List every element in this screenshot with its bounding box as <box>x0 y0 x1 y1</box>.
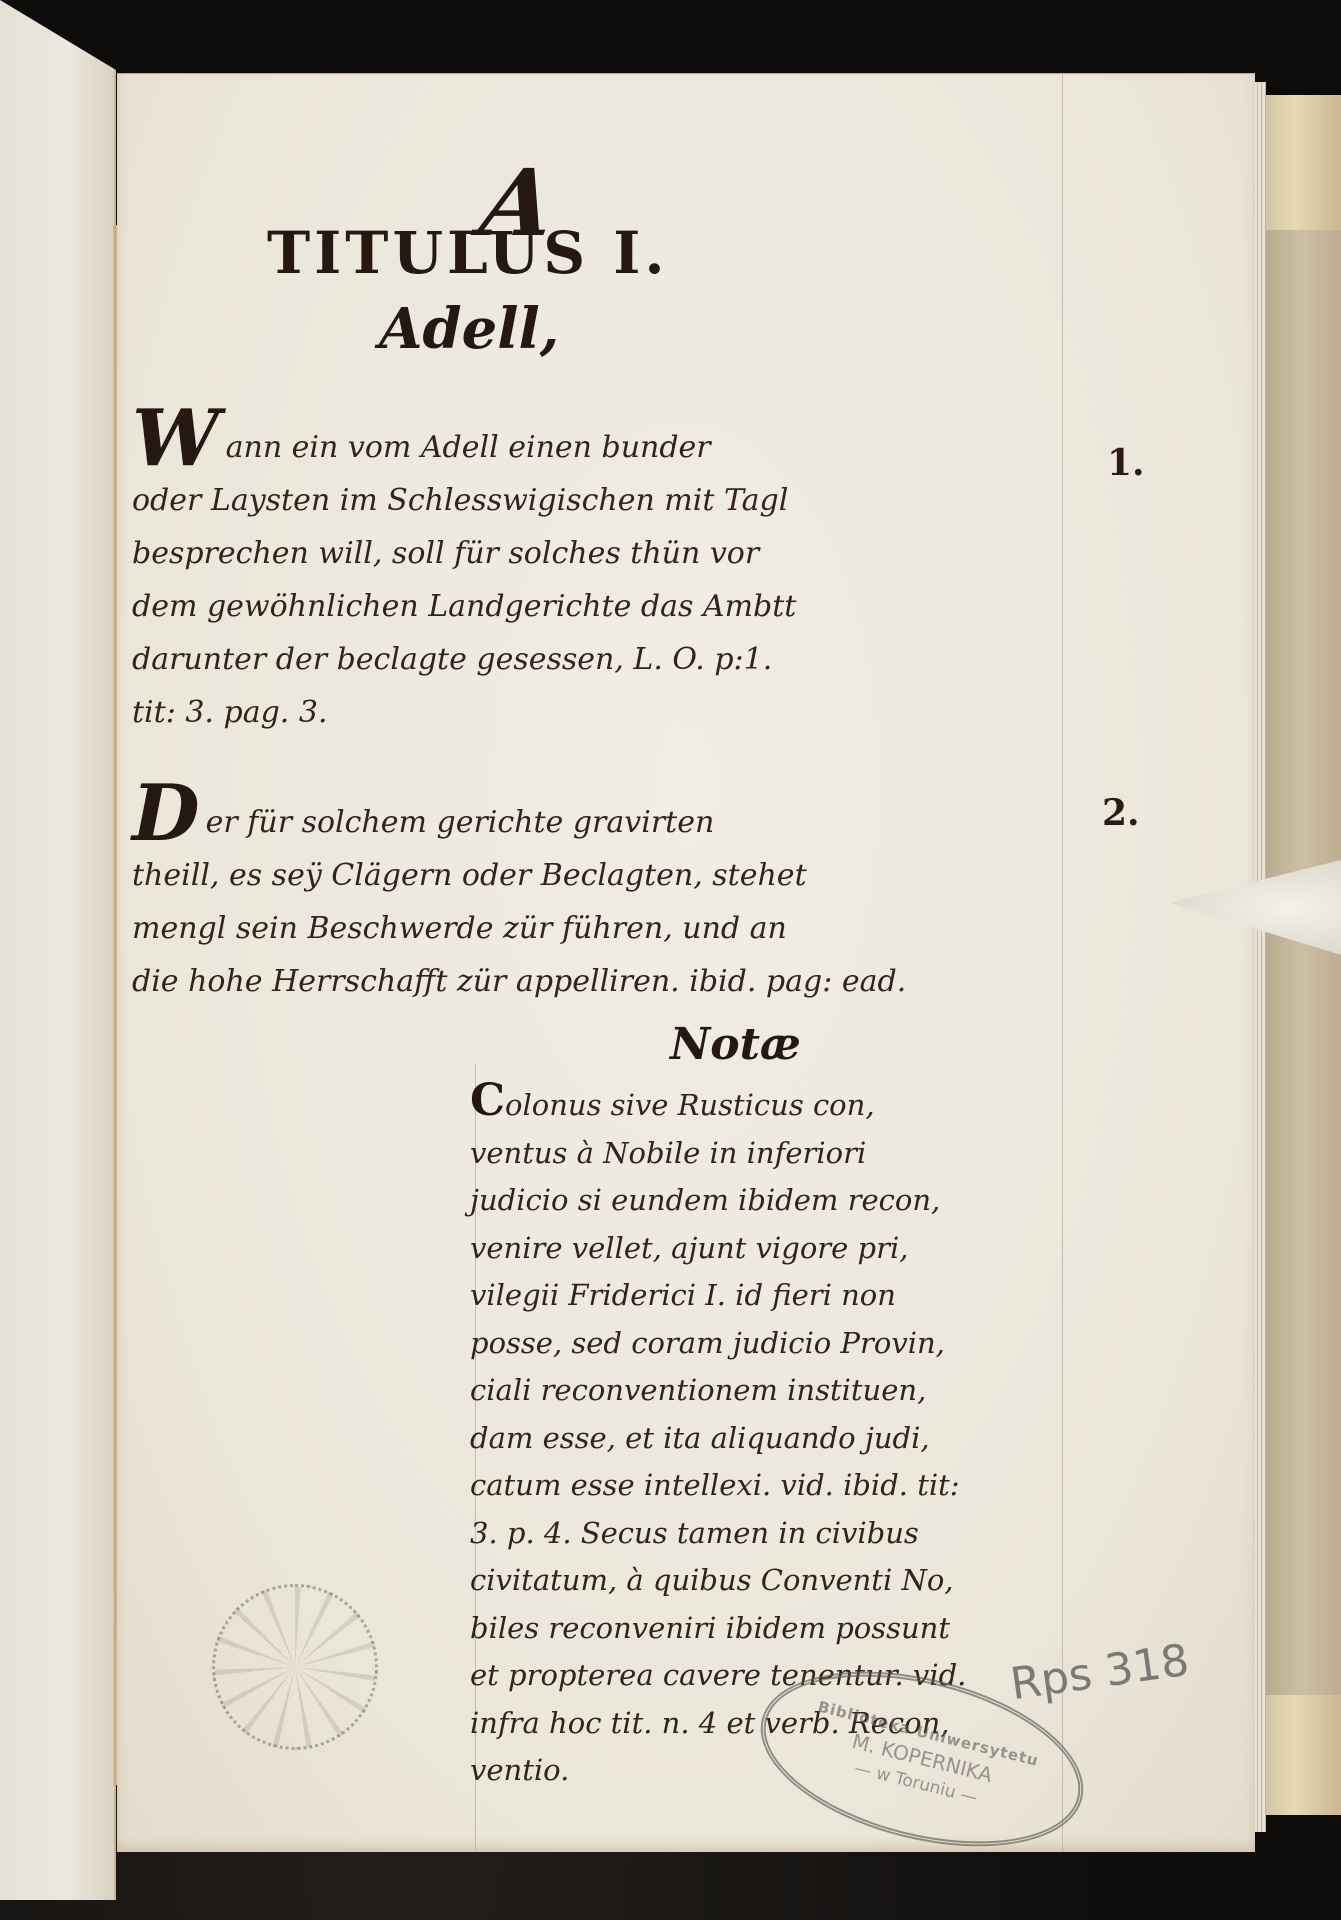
paragraph-line: mengl sein Beschwerde zür führen, und an <box>132 902 1072 955</box>
nota-line: civitatum, à quibus Conventi No, <box>470 1557 1070 1605</box>
nota-line: Colonus sive Rusticus con, <box>470 1077 1070 1130</box>
paragraph-line: oder Laysten im Schlesswigischen mit Tag… <box>132 474 1072 527</box>
nota-line: et propterea cavere tenentur. vid. <box>470 1652 1070 1700</box>
facing-page-left <box>0 0 116 1900</box>
nota-line: catum esse intellexi. vid. ibid. tit: <box>470 1462 1070 1510</box>
paragraph-number: 2. <box>1102 792 1140 834</box>
page-title: TITULUS I. <box>267 219 669 287</box>
nota-line: judicio si eundem ibidem recon, <box>470 1177 1070 1225</box>
nota-line: ciali reconventionem instituen, <box>470 1367 1070 1415</box>
paragraph-line: besprechen will, soll für solches thün v… <box>132 527 1072 580</box>
nota-block: Colonus sive Rusticus con, ventus à Nobi… <box>470 1077 1070 1795</box>
paragraph-line: tit: 3. pag. 3. <box>132 686 1072 739</box>
paragraph-line: darunter der beclagte gesessen, L. O. p:… <box>132 633 1072 686</box>
nota-line: 3. p. 4. Secus tamen in civibus <box>470 1510 1070 1558</box>
nota-cap: C <box>470 1075 505 1126</box>
page-subtitle: Adell, <box>379 296 559 362</box>
paragraph-line: dem gewöhnlichen Landgerichte das Ambtt <box>132 580 1072 633</box>
manuscript-page: A TITULUS I. Adell, Wann ein vom Adell e… <box>117 73 1255 1852</box>
paragraph-line: die hohe Herrschafft zür appelliren. ibi… <box>132 955 1072 1008</box>
drop-cap: W <box>132 393 220 484</box>
nota-line: venire vellet, ajunt vigore pri, <box>470 1225 1070 1273</box>
paragraph-line: theill, es seÿ Clägern oder Beclagten, s… <box>132 849 1072 902</box>
nota-heading: Notæ <box>670 1019 801 1070</box>
paragraph-line: Der für solchem gerichte gravirten <box>132 794 1072 849</box>
nota-line: posse, sed coram judicio Provin, <box>470 1320 1070 1368</box>
paragraph-1: Wann ein vom Adell einen bunder oder Lay… <box>132 419 1072 739</box>
nota-line: dam esse, et ita aliquando judi, <box>470 1415 1070 1463</box>
paragraph-line: Wann ein vom Adell einen bunder <box>132 419 1072 474</box>
round-library-stamp <box>212 1584 378 1750</box>
nota-line: vilegii Friderici I. id fieri non <box>470 1272 1070 1320</box>
nota-line: biles reconveniri ibidem possunt <box>470 1605 1070 1653</box>
binding-cover <box>1262 95 1341 1815</box>
drop-cap: D <box>132 768 200 859</box>
paragraph-2: Der für solchem gerichte gravirten theil… <box>132 794 1072 1008</box>
nota-line: ventus à Nobile in inferiori <box>470 1130 1070 1178</box>
paragraph-number: 1. <box>1107 442 1145 484</box>
